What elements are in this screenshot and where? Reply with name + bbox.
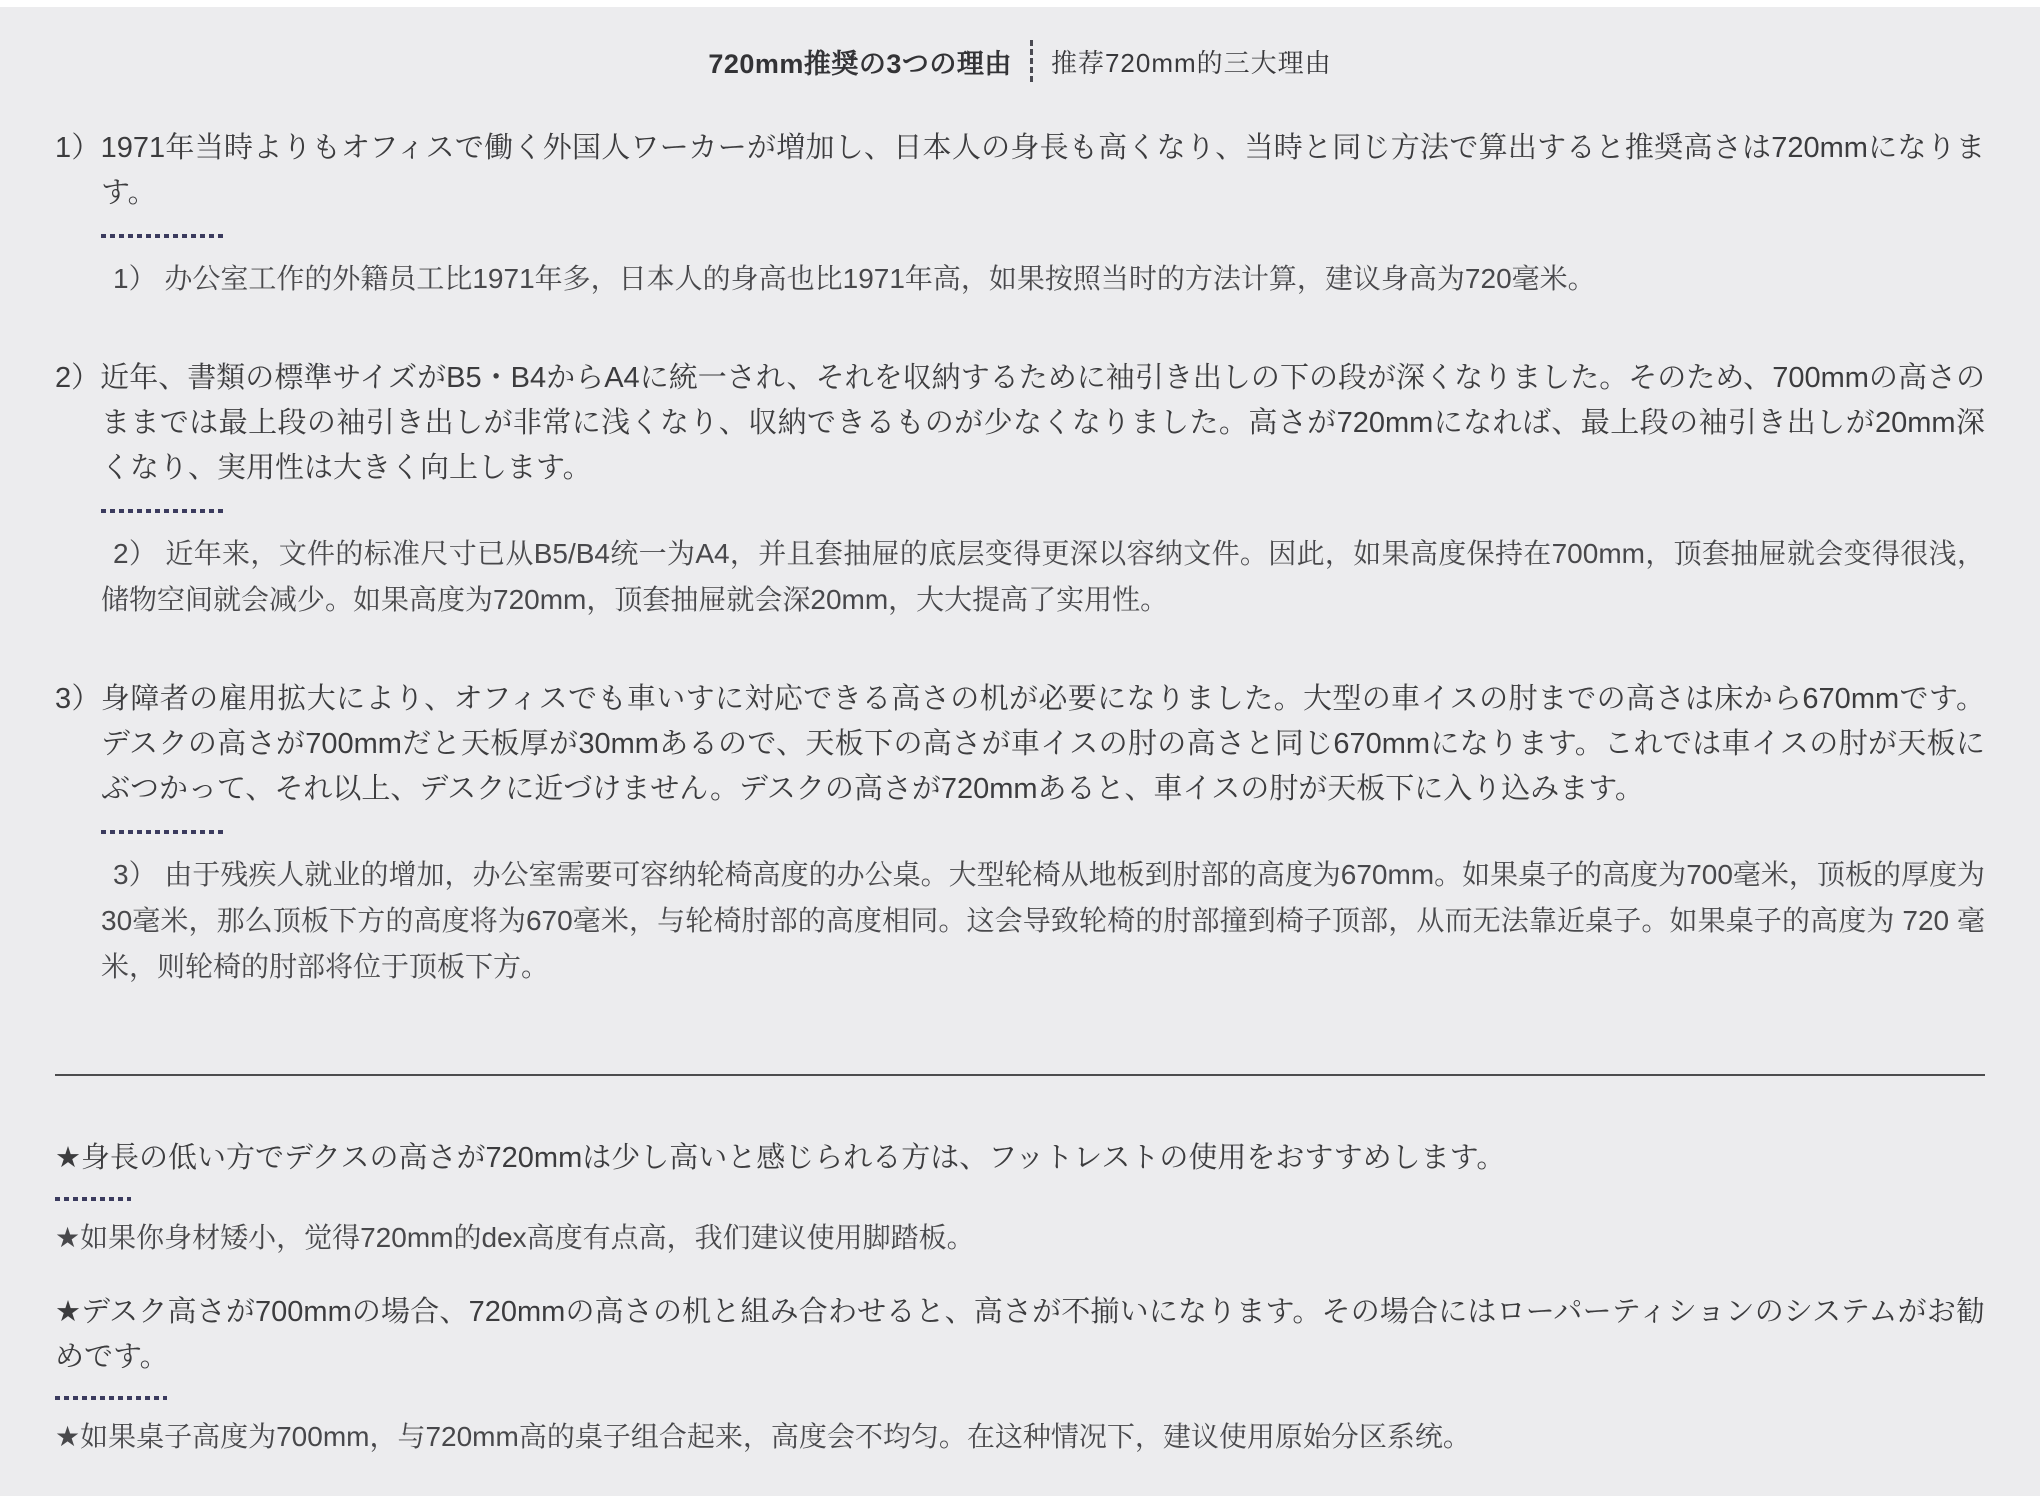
note-1-japanese-text: ★身長の低い方でデクスの高さが720mmは少し高いと感じられる方は、フットレスト… <box>55 1136 1985 1181</box>
title-dashed-divider <box>1030 40 1033 82</box>
reason-3-japanese-text: 3）身障者の雇用拡大により、オフィスでも車いすに対応できる高さの机が必要になりま… <box>55 677 1985 812</box>
reason-item-3: 3）身障者の雇用拡大により、オフィスでも車いすに対応できる高さの机が必要になりま… <box>55 677 1985 990</box>
section-divider <box>55 1074 1985 1076</box>
reason-item-2: 2）近年、書類の標準サイズがB5・B4からA4に統一され、それを収納するために袖… <box>55 356 1985 623</box>
page-title-chinese: 推荐720mm的三大理由 <box>1051 43 1332 80</box>
page-title: 720mm推奨の3つの理由 推荐720mm的三大理由 <box>55 40 1985 82</box>
page-top-edge <box>0 0 2040 7</box>
note-1-chinese-text: ★如果你身材矮小，觉得720mm的dex高度有点高，我们建议使用脚踏板。 <box>55 1215 1985 1260</box>
dashed-separator <box>101 509 223 513</box>
reason-2-japanese-text: 2）近年、書類の標準サイズがB5・B4からA4に統一され、それを収納するために袖… <box>55 356 1985 491</box>
dashed-separator <box>55 1197 131 1201</box>
notes-section: ★身長の低い方でデクスの高さが720mmは少し高いと感じられる方は、フットレスト… <box>55 1136 1985 1459</box>
reasons-section: 1）1971年当時よりもオフィスで働く外国人ワーカーが増加し、日本人の身長も高く… <box>55 126 1985 1459</box>
dashed-separator <box>55 1396 167 1400</box>
dashed-separator <box>101 234 223 238</box>
note-2-chinese-text: ★如果桌子高度为700mm，与720mm高的桌子组合起来，高度会不均匀。在这种情… <box>55 1414 1985 1459</box>
note-item-2: ★デスク高さが700mmの場合、720mmの高さの机と組み合わせると、高さが不揃… <box>55 1290 1985 1459</box>
note-item-1: ★身長の低い方でデクスの高さが720mmは少し高いと感じられる方は、フットレスト… <box>55 1136 1985 1260</box>
reason-item-1: 1）1971年当時よりもオフィスで働く外国人ワーカーが増加し、日本人の身長も高く… <box>55 126 1985 302</box>
reason-2-chinese-text: 2） 近年来，文件的标准尺寸已从B5/B4统一为A4，并且套抽屉的底层变得更深以… <box>101 531 1985 623</box>
page-title-japanese: 720mm推奨の3つの理由 <box>708 42 1012 81</box>
reason-1-japanese-text: 1）1971年当時よりもオフィスで働く外国人ワーカーが増加し、日本人の身長も高く… <box>55 126 1985 216</box>
reason-1-chinese-text: 1） 办公室工作的外籍员工比1971年多，日本人的身高也比1971年高，如果按照… <box>101 256 1985 302</box>
reason-3-chinese-text: 3） 由于残疾人就业的增加，办公室需要可容纳轮椅高度的办公桌。大型轮椅从地板到肘… <box>101 852 1985 990</box>
dashed-separator <box>101 830 223 834</box>
document-page: 720mm推奨の3つの理由 推荐720mm的三大理由 1）1971年当時よりもオ… <box>0 0 2040 1459</box>
note-2-japanese-text: ★デスク高さが700mmの場合、720mmの高さの机と組み合わせると、高さが不揃… <box>55 1290 1985 1380</box>
